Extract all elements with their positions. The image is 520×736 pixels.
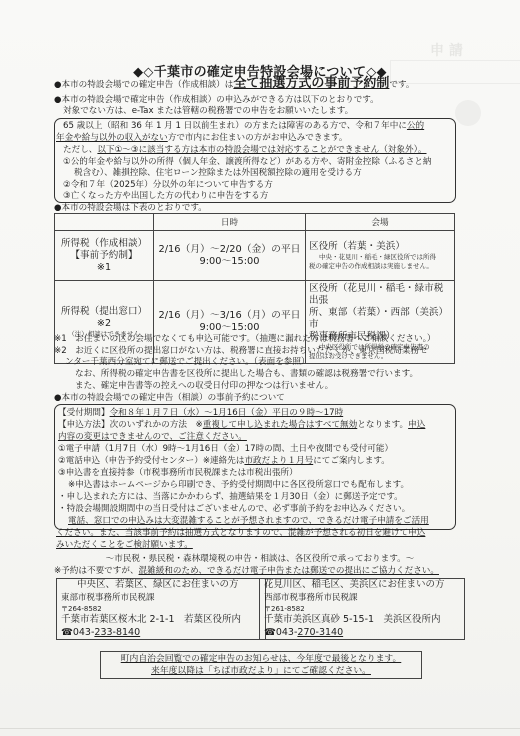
- footnote-ref: ※2: [58, 318, 150, 330]
- period-value: 令和８年１月７日（水）～1月16日（金）平日の９時～17時: [110, 408, 344, 418]
- reservation-tag: 【事前予約制】: [58, 250, 150, 262]
- office-address: 千葉市美浜区真砂 5-15-1 美浜区役所内: [264, 614, 460, 627]
- option-text: にてご案内します。: [313, 456, 390, 466]
- change-warning: 申込: [408, 420, 425, 430]
- page-edge: [0, 728, 520, 729]
- office-name: 西部市税事務所市民税課: [264, 592, 460, 605]
- table-header: 日時: [154, 214, 306, 231]
- period-label: 【受付期間】: [58, 408, 110, 418]
- exclusion-item-1-cont: 税含む）、雑損控除、住宅ローン控除または外国税額控除の適用を受ける方: [74, 168, 362, 179]
- eligibility-text: 方で市内にお住まいの方がお申込みできます。: [168, 133, 348, 143]
- phone-icon: ☎: [264, 627, 276, 638]
- table-row: 所得税（作成相談） 【事前予約制】 ※1 2/16（月）～2/20（金）の平日 …: [55, 231, 455, 281]
- newsletter-ref: 市政だより１月号: [244, 456, 313, 466]
- method-option-1: ①電子申請（1月7日（水）9時～1月16日（金）17時の間、土日や夜間でも受付可…: [58, 444, 393, 455]
- eligibility-line-2: 年金や給与以外の収入がない方で市内にお住まいの方がお申込みできます。: [56, 133, 348, 144]
- option-text: ②電話申込（申告予約受付センター）※連絡先は: [58, 456, 244, 466]
- tax-type-label: 所得税（作成相談）: [58, 238, 150, 250]
- method-label: 【申込方法】: [58, 420, 110, 430]
- footnote-2-note-b: また、確定申告書等の控えへの収受日付印の押なつは行いません。: [75, 381, 333, 392]
- tax-type-cell: 所得税（作成相談） 【事前予約制】 ※1: [55, 231, 154, 281]
- footnote-2-note-a: なお、所得税の確定申告書を区役所に提出した場合も、書類の確認は税務署で行います。: [75, 369, 418, 380]
- venue-note: 中央・花見川・稲毛・緑区役所では所得: [309, 253, 451, 262]
- table-header: [55, 214, 154, 231]
- bleed-through-circle: [455, 100, 481, 126]
- lottery-result-note: ・申し込まれた方には、当落にかかわらず、抽選結果を１月30日（金）に郵送予定です…: [58, 492, 403, 503]
- congestion-warning-1: 電話、窓口での申込みは大変混雑することが予想されますので、できるだけ電子申請をご…: [68, 516, 429, 527]
- office-areas: 中央区、若葉区、緑区にお住まいの方: [61, 579, 261, 592]
- venue-cell: 区役所（若葉・美浜） 中央・花見川・稲毛・緑区役所では所得 税の確定申告の作成相…: [306, 231, 455, 281]
- eligibility-underlined: 公的: [407, 121, 424, 131]
- eligibility-text: 65 歳以上（昭和 36 年 1 月 1 日以前生まれ）の方または障害のある方で…: [63, 121, 407, 131]
- intro-line-2: ●本市の特設会場で確定申告（作成相談）の申込みができる方は以下のとおりです。: [54, 95, 379, 106]
- method-option-2: ②電話申込（申告予約受付センター）※連絡先は市政だより１月号にてご案内します。: [58, 456, 390, 467]
- table-header-row: 日時 会場: [55, 214, 455, 231]
- table-header: 会場: [306, 214, 455, 231]
- footnote-ref: ※1: [58, 262, 150, 274]
- change-warning-cont: 内容の変更はできませんので、ご注意ください。: [58, 432, 247, 443]
- reservation-period: 【受付期間】令和８年１月７日（水）～1月16日（金）平日の９時～17時: [58, 408, 343, 419]
- venue-note: 税の確定申告の作成相談は実施しません。: [309, 262, 451, 271]
- office-phone: ☎043-233-8140: [61, 627, 261, 640]
- phone-number: 270-3140: [297, 627, 343, 638]
- time-range: 9:00～15:00: [157, 322, 302, 334]
- office-areas: 花見川区、稲毛区、美浜区にお住まいの方: [264, 579, 460, 592]
- final-notice-line-1: 町内自治会回覧での確定申告のお知らせは、今年度で最後となります。: [101, 653, 421, 665]
- footnote-2-cont: ンター千葉西分室宛てに郵送でご提出ください。（表面を参照）: [65, 357, 310, 368]
- exclusion-item-1: ①公的年金や給与以外の所得（個人年金、譲渡所得など）がある方や、寄附金控除（ふる…: [63, 157, 431, 168]
- application-form-note: ※申込書はホームページから印刷でき、予約受付期間中に各区役所窓口でも配布します。: [68, 480, 409, 491]
- method-text: となります。: [357, 420, 408, 430]
- congestion-warning-2: ください。また、当該事前予約は抽選方式となりますので、混雑が予想される初日を避け…: [56, 528, 425, 539]
- phone-icon: ☎: [61, 627, 73, 638]
- phone-number: 233-8140: [94, 627, 140, 638]
- reservation-heading: ●本市の特設会場での確定申告（相談）の事前予約について: [54, 393, 285, 404]
- eligibility-text: ただし、: [63, 145, 97, 155]
- exclusion-item-2: ②令和７年（2025年）分以外の年について申告する方: [63, 180, 273, 191]
- method-option-3: ③申込書を直接持参（市税事務所市民税課または市税出張所）: [58, 468, 298, 479]
- tax-type-label: 所得税（提出窓口）: [58, 306, 150, 318]
- notice-text: ※予約は不要ですが、: [54, 566, 139, 576]
- reservation-emphasis: 全て抽選方式の事前予約制: [233, 76, 389, 91]
- exclusion-underlined: 以下①～③に該当する方は本市の特設会場では対応することができません（対象外）。: [97, 145, 426, 155]
- final-notice-line-2: 来年度以降は「ちば市政だより」にてご確認ください。: [101, 665, 421, 677]
- footnote-2: ※2 お近くに区役所の提出窓口がない方は、税務署に直接お持ちいただくか、東京国税…: [54, 346, 428, 357]
- office-phone: ☎043-270-3140: [264, 627, 460, 640]
- congestion-warning-3: みいただくことをご検討願います。: [56, 540, 193, 551]
- date-range: 2/16（月）～2/20（金）の平日: [157, 244, 302, 256]
- time-range: 9:00～15:00: [157, 256, 302, 268]
- phone-prefix: 043-: [276, 627, 298, 638]
- ward-notice-line-2: ※予約は不要ですが、混雑緩和のため、できるだけ電子申告または郵送での提出にご協力…: [54, 566, 439, 577]
- method-text: 次のいずれかの方法 ※: [110, 420, 203, 430]
- postal-code: 〒264-8582: [61, 604, 261, 614]
- office-name: 東部市税事務所市民税課: [61, 592, 261, 605]
- reservation-method: 【申込方法】次のいずれかの方法 ※重複して申し込まれた場合はすべて無効となります…: [58, 420, 425, 431]
- final-notice-box: 町内自治会回覧での確定申告のお知らせは、今年度で最後となります。 来年度以降は「…: [100, 651, 422, 679]
- venue-name: 区役所（若葉・美浜）: [309, 241, 451, 253]
- ward-notice-line-1: ～市民税・県民税・森林環境税の申告・相談は、各区役所で承っております。～: [0, 554, 520, 565]
- date-range: 2/16（月）～3/16（月）の平日: [157, 310, 302, 322]
- bleed-through-text: 申 請: [430, 40, 463, 60]
- no-same-day-note: ・特設会場開設期間中の当日受付はございませんので、必ず事前予約をお申込みください…: [58, 504, 410, 515]
- intro-suffix: です。: [389, 80, 414, 90]
- intro-line-1: ●本市の特設会場での確定申告（作成相談）は全て抽選方式の事前予約制です。: [54, 78, 414, 91]
- scanned-page: 申 請 ◆◇千葉市の確定申告特設会場について◇◆ ●本市の特設会場での確定申告（…: [0, 0, 520, 736]
- office-card-west: 花見川区、稲毛区、美浜区にお住まいの方 西部市税事務所市民税課 〒261-858…: [259, 578, 465, 640]
- footnote-1: ※1 お住まいの区の会場でなくても申込可能です。（抽選に漏れた方は税務署へご相談…: [54, 334, 436, 345]
- phone-prefix: 043-: [73, 627, 95, 638]
- intro-prefix: ●本市の特設会場での確定申告（作成相談）は: [54, 80, 233, 90]
- eligibility-line-3: ただし、以下①～③に該当する方は本市の特設会場では対応することができません（対象…: [63, 145, 426, 156]
- intro-line-3: 対象でない方は、e-Tax または管轄の税務署での申告をお願いいたします。: [63, 106, 353, 117]
- venue-name: 区役所（花見川・稲毛・緑市税出張: [309, 283, 451, 307]
- exclusion-item-3: ③亡くなった方や出国した方の代わりに申告をする方: [63, 191, 268, 202]
- date-cell: 2/16（月）～2/20（金）の平日 9:00～15:00: [154, 231, 306, 281]
- eligibility-line-1: 65 歳以上（昭和 36 年 1 月 1 日以前生まれ）の方または障害のある方で…: [63, 121, 424, 132]
- venue-name: 所、東部（若葉）・西部（美浜）市: [309, 307, 451, 331]
- cooperation-request: 混雑緩和のため、できるだけ電子申告または郵送での提出にご協力ください。: [139, 566, 439, 576]
- duplicate-warning: 重複して申し込まれた場合はすべて無効: [203, 420, 358, 430]
- postal-code: 〒261-8582: [264, 604, 460, 614]
- office-card-east: 中央区、若葉区、緑区にお住まいの方 東部市税事務所市民税課 〒264-8582 …: [56, 578, 266, 640]
- eligibility-underlined: 年金や給与以外の収入がない: [56, 133, 168, 143]
- office-address: 千葉市若葉区桜木北 2-1-1 若葉区役所内: [61, 614, 261, 627]
